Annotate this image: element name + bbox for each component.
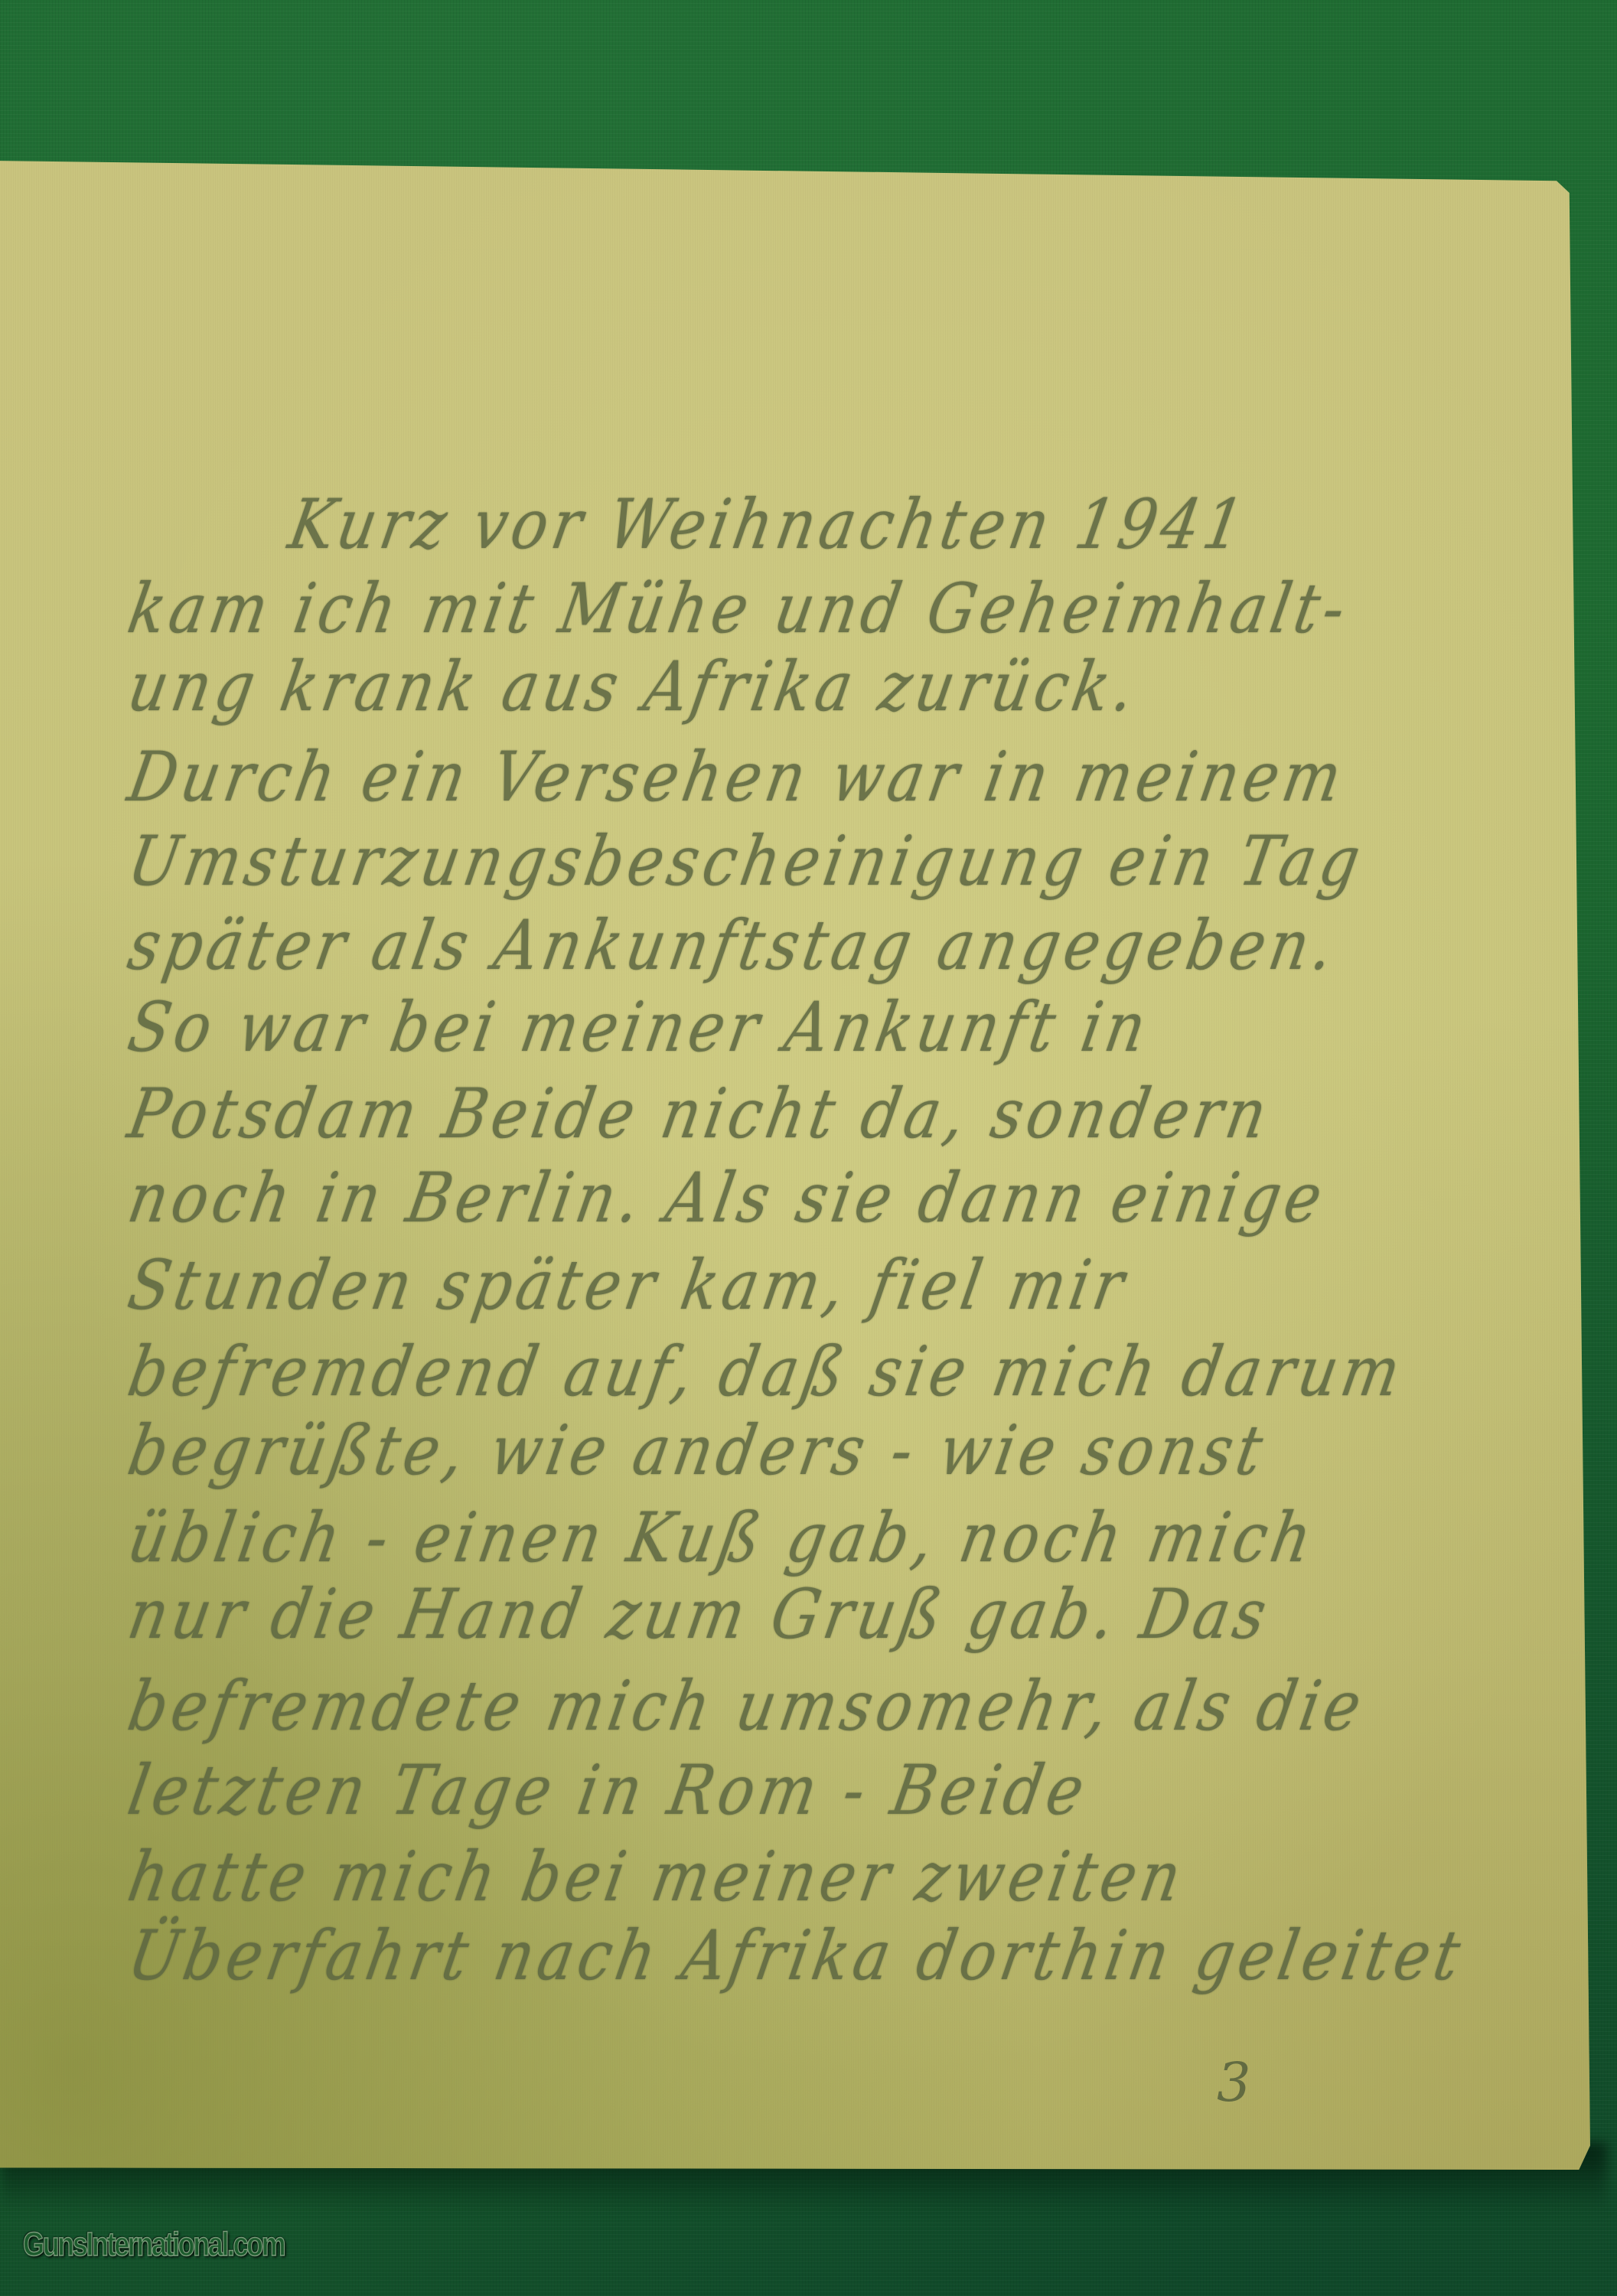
handwritten-line: kam ich mit Mühe und Geheimhalt- [122,570,1355,650]
handwritten-line: üblich - einen Kuß gab, noch mich [122,1499,1322,1579]
handwritten-line: Kurz vor Weihnachten 1941 [283,486,1254,566]
handwritten-line: hatte mich bei meiner zweiten [122,1838,1191,1918]
handwritten-line: Potsdam Beide nicht da, sondern [122,1075,1277,1155]
handwritten-line: Stunden später kam, fiel mir [122,1247,1134,1326]
handwritten-line: So war bei meiner Ankunft in [122,989,1156,1068]
handwritten-line: befremdete mich umsomehr, als die [122,1668,1371,1747]
handwritten-line: begrüßte, wie anders - wie sonst [122,1412,1273,1492]
handwritten-line: noch in Berlin. Als sie dann einige [122,1159,1332,1239]
page-number: 3 [1217,2051,1251,2114]
handwritten-line: nur die Hand zum Gruß gab. Das [122,1576,1276,1655]
watermark-logo: GunsInternational.com [23,2226,284,2264]
handwritten-line: Überfahrt nach Afrika dorthin geleitet [122,1917,1470,1997]
handwritten-line: Durch ein Versehen war in meinem [122,739,1351,818]
handwritten-line: letzten Tage in Rom - Beide [122,1752,1094,1831]
handwritten-line: später als Ankunftstag angegeben. [122,907,1344,987]
handwritten-line: Umsturzungsbescheinigung ein Tag [122,823,1370,902]
handwritten-line: ung krank aus Afrika zurück. [122,648,1145,728]
handwritten-line: befremdend auf, daß sie mich darum [122,1333,1410,1413]
